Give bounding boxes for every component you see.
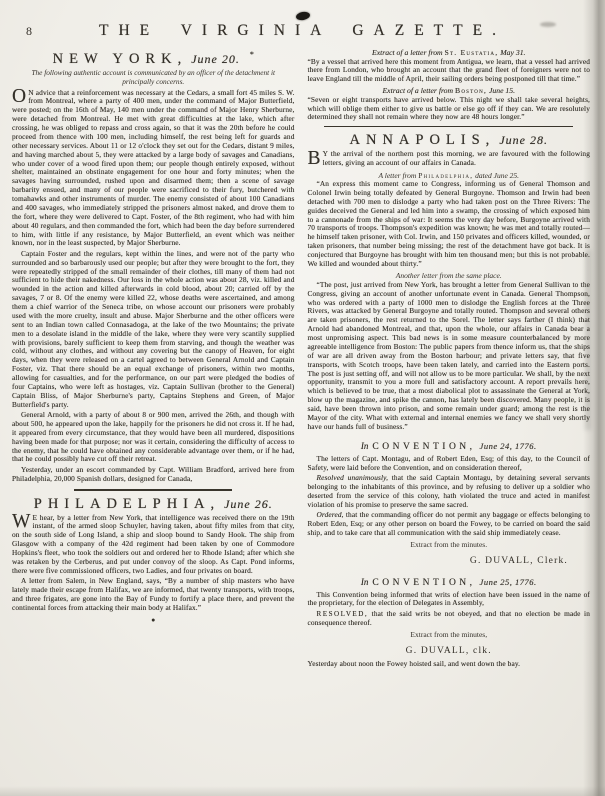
- right-column: Extract of a letter from St. Eustatia, M…: [308, 46, 591, 670]
- article-subtitle: The following authentic account is commu…: [18, 69, 289, 87]
- article-paragraph: “By a vessel that arrived here this mome…: [308, 58, 591, 85]
- dateline-place: PHILADELPHIA,: [34, 496, 220, 512]
- article-paragraph: “The post, just arrived from New York, h…: [308, 281, 591, 432]
- dateline-date: June 20.: [191, 52, 240, 66]
- clerk-signature: G. DUVALL, Clerk.: [308, 550, 591, 568]
- convention-heading-june24: In CONVENTION, June 24, 1776.: [308, 436, 591, 454]
- paragraph-text: Y the arrival of the northern post this …: [323, 149, 590, 167]
- convention-heading-june25: In CONVENTION, June 25, 1776.: [308, 572, 591, 590]
- extract-date: May 31.: [500, 48, 525, 57]
- paragraph-text: E hear, by a letter from New York, that …: [12, 513, 295, 575]
- masthead-title: THE VIRGINIA GAZETTE.: [0, 22, 605, 40]
- article-paragraph: Yesterday about noon the Fowey hoisted s…: [308, 660, 591, 669]
- heading-date: June 24, 1776.: [480, 441, 537, 451]
- section-divider: [324, 126, 573, 127]
- article-paragraph: “An express this moment came to Congress…: [308, 180, 591, 269]
- ink-blot: [295, 11, 310, 21]
- newspaper-page: 8 THE VIRGINIA GAZETTE. NEW YORK, June 2…: [0, 0, 605, 796]
- page-edge-shadow: [0, 786, 605, 796]
- resolution-lead: RESOLVED,: [317, 610, 369, 618]
- heading-word: CONVENTION,: [372, 578, 475, 588]
- article-paragraph: General Arnold, with a party of about 8 …: [12, 411, 295, 464]
- heading-in: In: [361, 441, 369, 451]
- article-paragraph: WE hear, by a letter from New York, that…: [12, 514, 295, 576]
- dateline-place: NEW YORK,: [53, 51, 188, 67]
- columns: NEW YORK, June 20. * The following authe…: [12, 46, 590, 670]
- article-paragraph: Captain Foster and the regulars, kept wi…: [12, 250, 295, 410]
- extract-from-minutes: Extract from the minutes.: [308, 540, 591, 549]
- dateline-date: June 26.: [224, 497, 273, 511]
- paragraph-text: N advice that a reinforcement was necess…: [12, 88, 295, 248]
- left-column: NEW YORK, June 20. * The following authe…: [12, 46, 295, 670]
- signature-text: G. DUVALL, clk.: [406, 646, 492, 656]
- section-heading-philadelphia: PHILADELPHIA, June 26.: [12, 495, 295, 513]
- article-paragraph: The letters of Capt. Montagu, and of Rob…: [308, 455, 591, 473]
- drop-cap: O: [12, 89, 28, 105]
- extract-heading-boston: Extract of a letter from Boston, June 15…: [308, 86, 591, 95]
- section-heading-new-york: NEW YORK, June 20. *: [12, 50, 295, 68]
- section-divider: [74, 489, 232, 491]
- extract-place: St. Eustatia,: [445, 48, 499, 57]
- extract-heading-eustatia: Extract of a letter from St. Eustatia, M…: [308, 48, 591, 57]
- article-paragraph: This Convention being informed that writ…: [308, 591, 591, 609]
- drop-cap: W: [12, 514, 33, 530]
- dateline-place: ANNAPOLIS,: [350, 132, 496, 148]
- drop-cap: B: [308, 150, 323, 166]
- resolution-lead: Resolved unanimously,: [317, 473, 389, 482]
- extract-prefix: Extract of a letter from: [372, 48, 443, 57]
- extract-prefix: Extract of a letter from: [382, 86, 453, 95]
- end-ornament: ●: [12, 616, 295, 624]
- extract-date: June 15.: [489, 86, 515, 95]
- article-paragraph: A letter from Salem, in New England, say…: [12, 577, 295, 613]
- article-paragraph: Ordered, that the commanding officer do …: [308, 511, 591, 538]
- heading-in: In: [361, 577, 369, 587]
- clerk-signature: G. DUVALL, clk.: [308, 640, 591, 658]
- article-paragraph: RESOLVED, that the said writs be not obe…: [308, 610, 591, 628]
- paragraph-text: that the commanding officer do not permi…: [308, 510, 591, 537]
- section-heading-annapolis: ANNAPOLIS, June 28.: [308, 131, 591, 149]
- article-paragraph: Yesterday, under an escort commanded by …: [12, 466, 295, 484]
- order-lead: Ordered,: [317, 510, 344, 519]
- heading-date: June 25, 1776.: [480, 577, 537, 587]
- article-paragraph: “Seven or eight transports have arrived …: [308, 96, 591, 123]
- heading-word: CONVENTION,: [372, 442, 475, 452]
- dateline-date: June 28.: [499, 133, 548, 147]
- article-paragraph: Resolved unanimously, that the said Capt…: [308, 474, 591, 510]
- extract-from-minutes: Extract from the minutes,: [308, 630, 591, 639]
- printers-mark: *: [244, 50, 254, 59]
- letter-subheading: Another letter from the same place.: [308, 271, 591, 280]
- article-paragraph: BY the arrival of the northern post this…: [308, 150, 591, 168]
- signature-text: G. DUVALL, Clerk.: [470, 556, 568, 566]
- article-paragraph: ON advice that a reinforcement was neces…: [12, 89, 295, 249]
- extract-place: Boston,: [455, 86, 487, 95]
